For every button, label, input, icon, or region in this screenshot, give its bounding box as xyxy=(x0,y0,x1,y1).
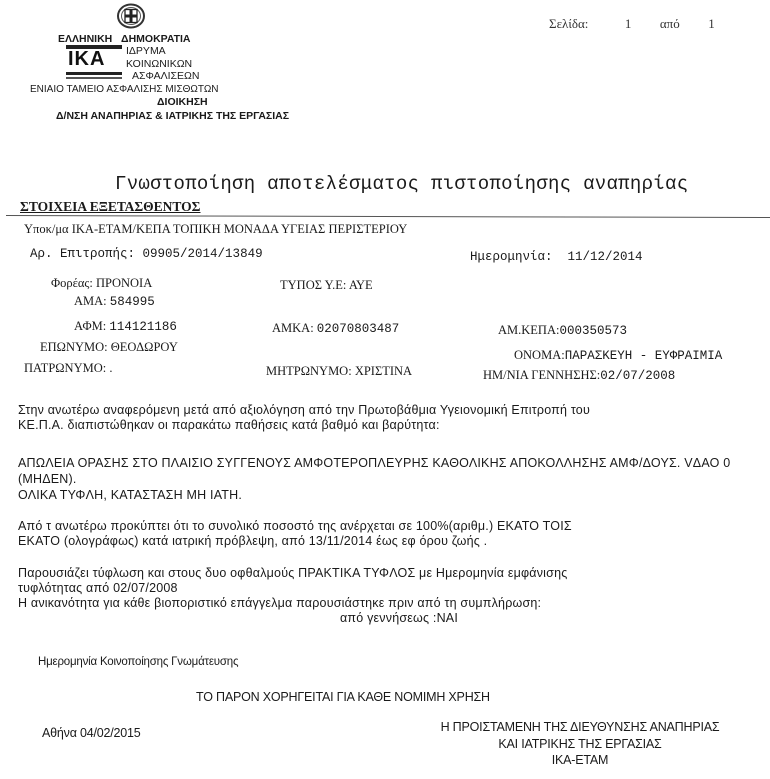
document-title: Γνωστοποίηση αποτελέσματος πιστοποίησης … xyxy=(115,173,688,195)
committee-number-value: 09905/2014/13849 xyxy=(143,247,263,261)
he-type-label: ΤΥΠΟΣ Υ.Ε: xyxy=(280,278,346,292)
birth-date-value: 02/07/2008 xyxy=(600,369,675,383)
condition-line-2: (ΜΗΔΕΝ). xyxy=(18,471,730,487)
signatory-line-3: ΙΚΑ-ΕΤΑΜ xyxy=(420,752,740,769)
amka-label: ΑΜΚΑ: xyxy=(272,321,314,335)
am-kepa-label: ΑΜ.ΚΕΠΑ: xyxy=(498,323,559,337)
first-name-label: ΟΝΟΜΑ: xyxy=(514,348,565,362)
date-value: 11/12/2014 xyxy=(568,250,643,264)
date-label: Ημερομηνία: xyxy=(470,250,553,264)
first-name-field: ΟΝΟΜΑ:ΠΑΡΑΣΚΕΥΗ - ΕΥΦΡΑΙΜΙΑ xyxy=(514,348,722,363)
section-heading: ΣΤΟΙΧΕΙΑ ΕΞΕΤΑΣΘΕΝΤΟΣ xyxy=(20,199,201,215)
am-kepa-value: 000350573 xyxy=(559,324,627,338)
birth-date-label: ΗΜ/ΝΙΑ ΓΕΝΝΗΣΗΣ: xyxy=(483,368,600,382)
percentage-paragraph: Από τ ανωτέρω προκύπτει ότι το συνολικό … xyxy=(18,519,572,549)
birth-date-field: ΗΜ/ΝΙΑ ΓΕΝΝΗΣΗΣ:02/07/2008 xyxy=(483,368,675,383)
sub-unit: Υποκ/μα ΙΚΑ-ΕΤΑΜ/ΚΕΠΑ ΤΟΠΙΚΗ ΜΟΝΑΔΑ ΥΓΕΙ… xyxy=(24,222,407,237)
committee-number-field: Αρ. Επιτροπής: 09905/2014/13849 xyxy=(30,247,263,261)
legal-use-statement: ΤΟ ΠΑΡΟΝ ΧΟΡΗΓΕΙΤΑΙ ΓΙΑ ΚΑΘΕ ΝΟΜΙΜΗ ΧΡΗΣ… xyxy=(196,690,490,704)
surname-field: ΕΠΩΝΥΜΟ: ΘΕΟΔΩΡΟΥ xyxy=(40,340,178,355)
carrier-field: Φορέας: ΠΡΟΝΟΙΑ xyxy=(51,276,152,291)
intro-paragraph: Στην ανωτέρω αναφερόμενη μετά από αξιολό… xyxy=(18,403,590,433)
am-kepa-field: ΑΜ.ΚΕΠΑ:000350573 xyxy=(498,323,627,338)
he-type-value: ΑΥΕ xyxy=(349,278,373,292)
blindness-paragraph: Παρουσιάζει τύφλωση και στους δυο οφθαλμ… xyxy=(18,566,567,626)
greek-coat-of-arms-icon xyxy=(116,3,146,29)
afm-value: 114121186 xyxy=(109,320,177,334)
father-name-value: . xyxy=(109,361,112,375)
current-page: 1 xyxy=(625,16,632,31)
notification-date-label: Ημερομηνία Κοινοποίησης Γνωμάτευσης xyxy=(38,656,238,668)
administration-label: ΔΙΟΙΚΗΣΗ xyxy=(157,96,208,108)
incapacity-line: Η ανικανότητα για κάθε βιοποριστικό επάγ… xyxy=(18,596,567,611)
percentage-line-1: Από τ ανωτέρω προκύπτει ότι το συνολικό … xyxy=(18,519,572,534)
intro-line-2: ΚΕ.Π.Α. διαπιστώθηκαν οι παρακάτω παθήσε… xyxy=(18,418,590,433)
fund-name: ΕΝΙΑΙΟ ΤΑΜΕΙΟ ΑΣΦΑΛΙΣΗΣ ΜΙΣΘΩΤΩΝ xyxy=(30,84,219,95)
ama-label: ΑΜΑ: xyxy=(74,294,107,308)
signatory-line-2: ΚΑΙ ΙΑΤΡΙΚΗΣ ΤΗΣ ΕΡΓΑΣΙΑΣ xyxy=(420,736,740,753)
of-label: από xyxy=(660,16,680,31)
mother-name-label: ΜΗΤΡΩΝΥΜΟ: xyxy=(266,364,352,378)
place-date: Αθήνα 04/02/2015 xyxy=(42,726,141,740)
intro-line-1: Στην ανωτέρω αναφερόμενη μετά από αξιολό… xyxy=(18,403,590,418)
surname-value: ΘΕΟΔΩΡΟΥ xyxy=(111,340,178,354)
father-name-label: ΠΑΤΡΩΝΥΜΟ: xyxy=(24,361,106,375)
directorate-label: Δ/ΝΣΗ ΑΝΑΠΗΡΙΑΣ & ΙΑΤΡΙΚΗΣ ΤΗΣ ΕΡΓΑΣΙΑΣ xyxy=(56,110,289,122)
condition-line-1: ΑΠΩΛΕΙΑ ΟΡΑΣΗΣ ΣΤΟ ΠΛΑΙΣΙΟ ΣΥΓΓΕΝΟΥΣ ΑΜΦ… xyxy=(18,455,730,471)
first-name-value: ΠΑΡΑΣΚΕΥΗ - ΕΥΦΡΑΙΜΙΑ xyxy=(565,349,723,363)
republic-line-2: ΔΗΜΟΚΡΑΤΙΑ xyxy=(121,33,190,45)
mother-name-field: ΜΗΤΡΩΝΥΜΟ: ΧΡΙΣΤΙΝΑ xyxy=(266,364,412,379)
ama-value: 584995 xyxy=(110,295,155,309)
total-pages: 1 xyxy=(708,16,715,31)
org-line-1: ΙΔΡΥΜΑ xyxy=(126,45,199,58)
condition-line-3: ΟΛΙΚΑ ΤΥΦΛΗ, ΚΑΤΑΣΤΑΣΗ ΜΗ ΙΑΤΗ. xyxy=(18,487,730,503)
ika-logo: IKA xyxy=(66,45,122,81)
signatory-block: Η ΠΡΟΙΣΤΑΜΕΝΗ ΤΗΣ ΔΙΕΥΘΥΝΣΗΣ ΑΝΑΠΗΡΙΑΣ Κ… xyxy=(420,719,740,769)
percentage-line-2: ΕΚΑΤΟ (ολογράφως) κατά ιατρική πρόβλεψη,… xyxy=(18,534,572,549)
afm-label: ΑΦΜ: xyxy=(74,319,106,333)
committee-number-label: Αρ. Επιτροπής: xyxy=(30,247,135,261)
from-birth-line: από γεννήσεως :ΝΑΙ xyxy=(18,611,567,626)
blindness-line-1: Παρουσιάζει τύφλωση και στους δυο οφθαλμ… xyxy=(18,566,567,581)
he-type-field: ΤΥΠΟΣ Υ.Ε: ΑΥΕ xyxy=(280,278,373,293)
ika-logo-text: IKA xyxy=(68,49,105,69)
conditions-paragraph: ΑΠΩΛΕΙΑ ΟΡΑΣΗΣ ΣΤΟ ΠΛΑΙΣΙΟ ΣΥΓΓΕΝΟΥΣ ΑΜΦ… xyxy=(18,455,730,503)
blindness-line-2: τυφλότητας από 02/07/2008 xyxy=(18,581,567,596)
republic-label: ΕΛΛΗΝΙΚΗ ΔΗΜΟΚΡΑΤΙΑ xyxy=(58,33,191,45)
org-name: ΙΔΡΥΜΑ ΚΟΙΝΩΝΙΚΩΝ ΑΣΦΑΛΙΣΕΩΝ xyxy=(126,45,199,83)
surname-label: ΕΠΩΝΥΜΟ: xyxy=(40,340,108,354)
amka-value: 02070803487 xyxy=(317,322,400,336)
org-line-3: ΑΣΦΑΛΙΣΕΩΝ xyxy=(126,70,199,83)
ama-field: ΑΜΑ: 584995 xyxy=(74,294,155,309)
father-name-field: ΠΑΤΡΩΝΥΜΟ: . xyxy=(24,361,112,376)
afm-field: ΑΦΜ: 114121186 xyxy=(74,319,177,334)
page-label: Σελίδα: xyxy=(549,16,588,31)
page-indicator: Σελίδα: 1 από 1 xyxy=(549,16,715,32)
section-divider xyxy=(6,215,770,218)
mother-name-value: ΧΡΙΣΤΙΝΑ xyxy=(355,364,412,378)
signatory-line-1: Η ΠΡΟΙΣΤΑΜΕΝΗ ΤΗΣ ΔΙΕΥΘΥΝΣΗΣ ΑΝΑΠΗΡΙΑΣ xyxy=(420,719,740,736)
amka-field: ΑΜΚΑ: 02070803487 xyxy=(272,321,399,336)
date-field: Ημερομηνία: 11/12/2014 xyxy=(470,250,643,264)
republic-line-1: ΕΛΛΗΝΙΚΗ xyxy=(58,33,112,45)
carrier-value: ΠΡΟΝΟΙΑ xyxy=(96,276,152,290)
org-line-2: ΚΟΙΝΩΝΙΚΩΝ xyxy=(126,58,199,71)
carrier-label: Φορέας: xyxy=(51,276,93,290)
